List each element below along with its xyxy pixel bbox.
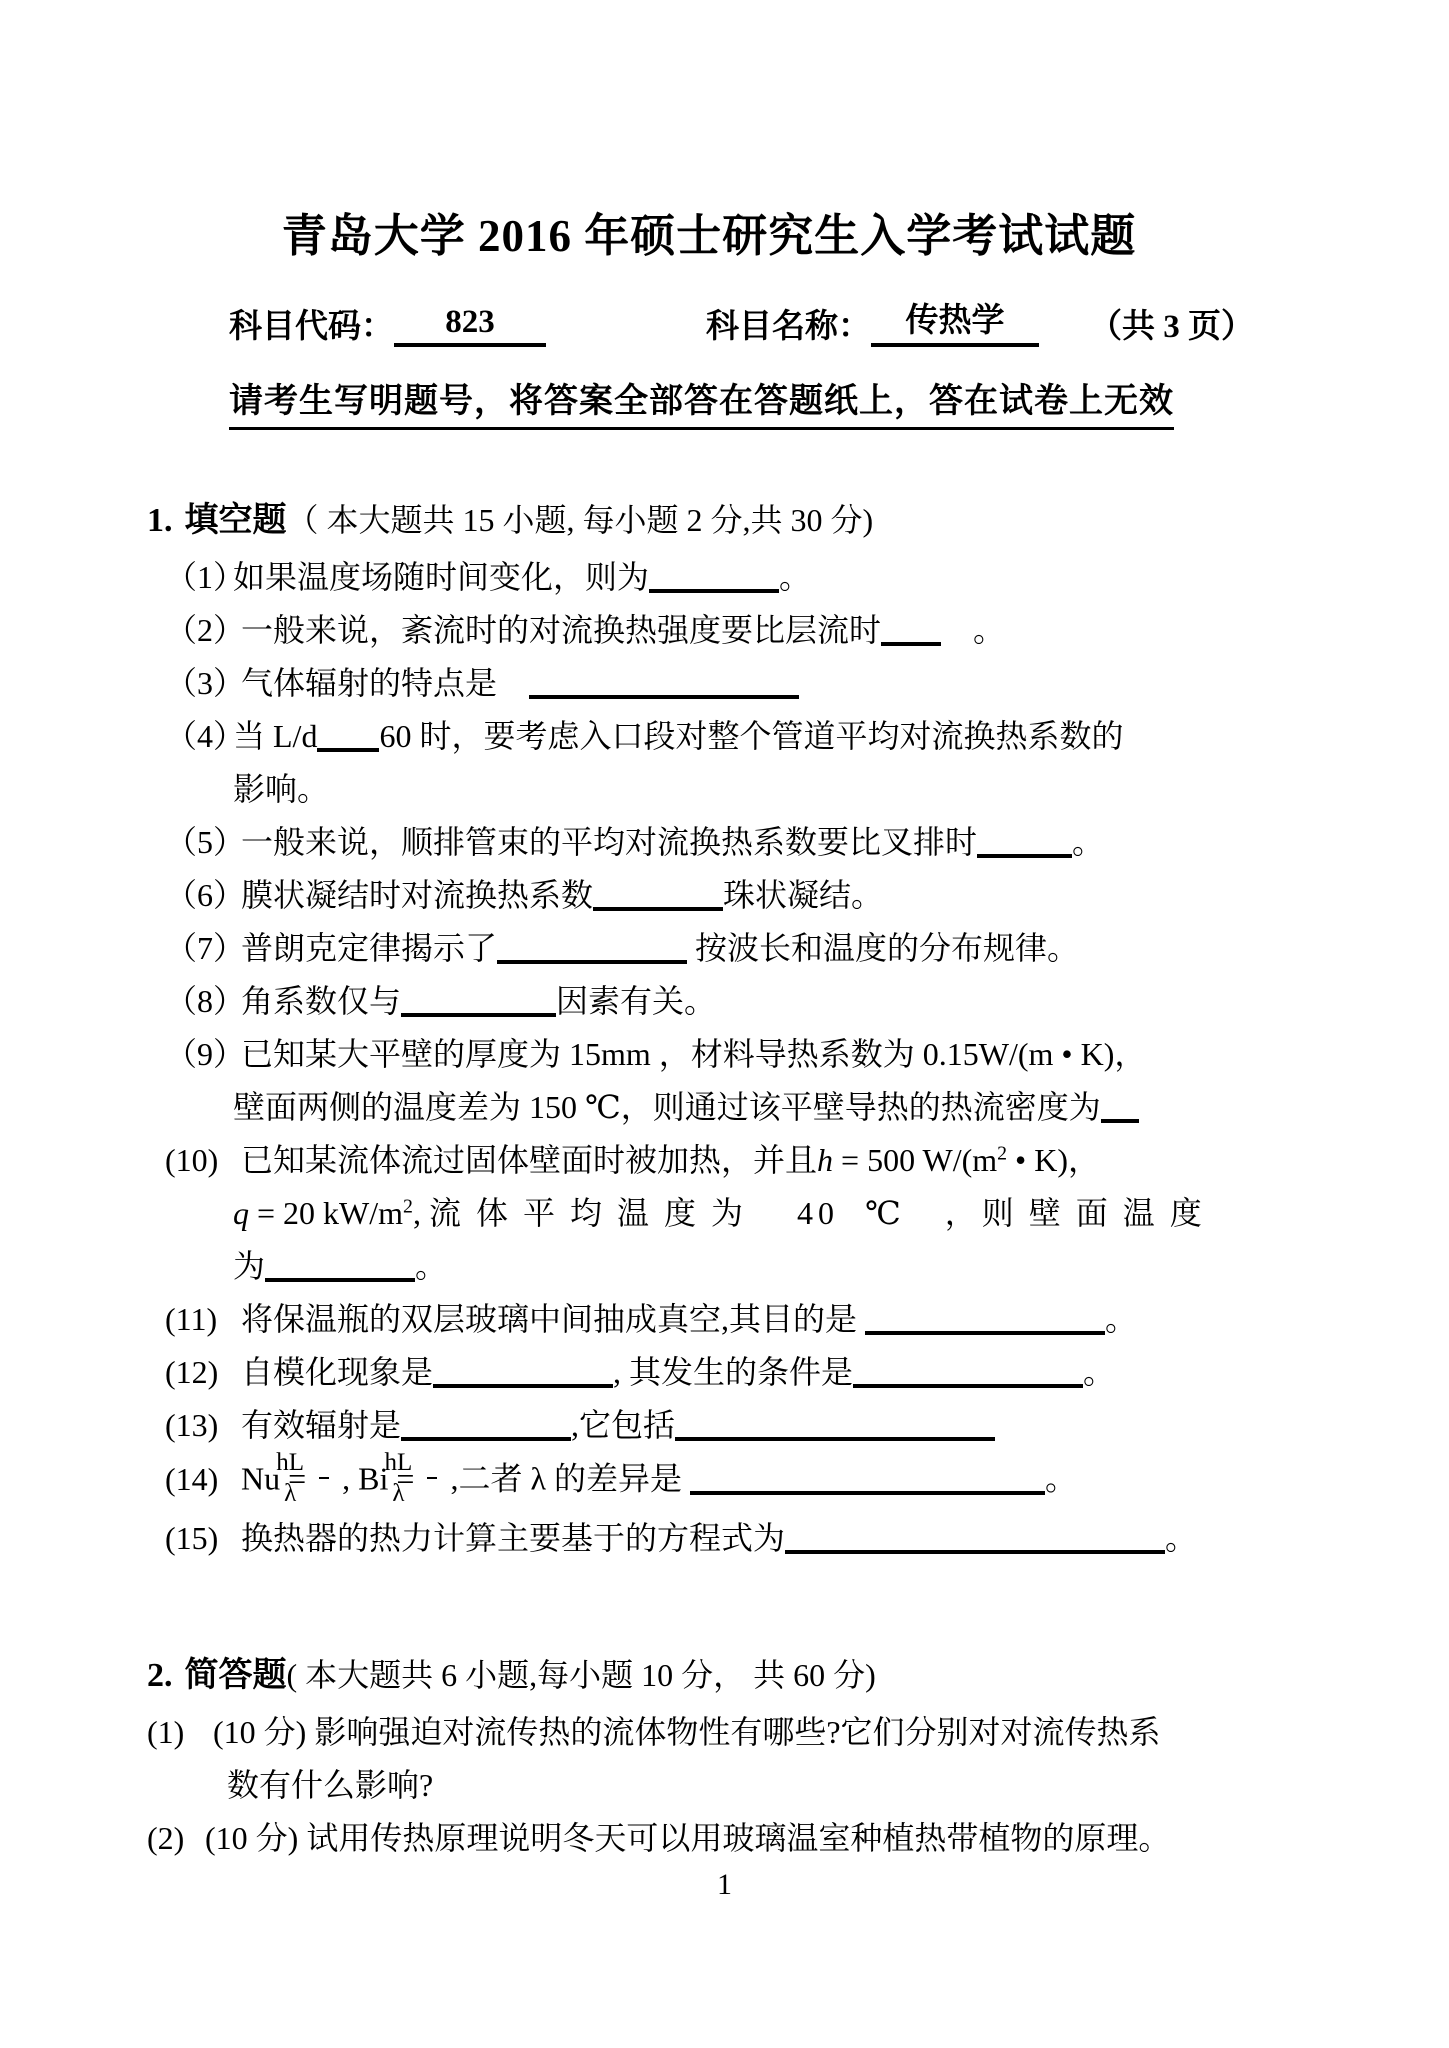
answer-blank [649,563,779,593]
question-item: （1）如果温度场随时间变化，则为。 [165,551,1271,604]
question-number: （2） [165,604,233,657]
answer-blank [675,1411,995,1441]
question-number: （1） [165,551,233,604]
question-number: (14) [165,1453,233,1506]
question-item: （4）当 L/d60 时，要考虑入口段对整个管道平均对流换热系数的影响。 [165,710,1271,816]
answer-blank [317,722,379,752]
page-number: 1 [0,1868,1449,1902]
question-number: (2) [147,1812,205,1865]
section-1-number: 1. [147,502,173,539]
answer-blank [853,1358,1083,1388]
page-content: 青岛大学 2016 年硕士研究生入学考试试题 科目代码： 823 科目名称： 传… [0,0,1449,1865]
section-2-description: ( 本大题共 6 小题,每小题 10 分， 共 60 分) [287,1657,876,1693]
section-short-answer: 2.简答题( 本大题共 6 小题,每小题 10 分， 共 60 分) (1) (… [147,1647,1271,1865]
question-number: （6） [165,869,233,922]
question-number: （4） [165,710,233,763]
question-number: （8） [165,975,233,1028]
notice-row: 请考生写明题号，将答案全部答在答题纸上，答在试卷上无效 [147,373,1271,430]
question-item: (15) 换热器的热力计算主要基于的方程式为。 [165,1512,1271,1565]
section-2-heading: 2.简答题( 本大题共 6 小题,每小题 10 分， 共 60 分) [147,1647,1271,1696]
exam-paper-page: 青岛大学 2016 年硕士研究生入学考试试题 科目代码： 823 科目名称： 传… [0,0,1449,2048]
question-item: （2） 一般来说，紊流时的对流换热强度要比层流时 。 [165,604,1271,657]
question-number: （3） [165,657,233,710]
section-fill-in-blanks: 1.填空题（ 本大题共 15 小题, 每小题 2 分,共 30 分) （1）如果… [147,492,1271,1565]
total-pages-note: （共 3 页） [1089,300,1254,347]
question-item: （7） 普朗克定律揭示了 按波长和温度的分布规律。 [165,922,1271,975]
question-item: （5） 一般来说，顺排管束的平均对流换热系数要比叉排时。 [165,816,1271,869]
section-2-number: 2. [147,1657,173,1694]
question-item: (11) 将保温瓶的双层玻璃中间抽成真空,其目的是 。 [165,1293,1271,1346]
question-number: (12) [165,1346,233,1399]
answer-blank [265,1252,415,1282]
question-item: (10) 已知某流体流过固体壁面时被加热，并且h = 500 W/(m2 • K… [165,1134,1271,1293]
answer-blank [865,1305,1105,1335]
question-number: (13) [165,1399,233,1452]
exam-notice: 请考生写明题号，将答案全部答在答题纸上，答在试卷上无效 [229,373,1174,430]
answer-blank [401,987,556,1017]
question-item: （8） 角系数仅与因素有关。 [165,975,1271,1028]
answer-blank [977,828,1072,858]
section-1-question-list: （1）如果温度场随时间变化，则为。（2） 一般来说，紊流时的对流换热强度要比层流… [165,551,1271,1565]
section-1-title: 填空题 [185,502,287,539]
subject-name-value: 传热学 [871,294,1039,347]
page-title: 青岛大学 2016 年硕士研究生入学考试试题 [147,208,1271,264]
question-number: （5） [165,816,233,869]
question-item: (12) 自模化现象是, 其发生的条件是。 [165,1346,1271,1399]
subject-name-label: 科目名称： [706,300,871,347]
question-number: (10) [165,1134,233,1187]
subject-code-value: 823 [394,304,546,347]
question-number: （9） [165,1028,233,1081]
question-number: (11) [165,1293,233,1346]
answer-blank [593,881,723,911]
question-item: (2)(10 分) 试用传热原理说明冬天可以用玻璃温室种植热带植物的原理。 [147,1812,1271,1865]
question-item: （9） 已知某大平壁的厚度为 15mm ，材料导热系数为 0.15W/(m • … [165,1028,1271,1134]
section-1-description: （ 本大题共 15 小题, 每小题 2 分,共 30 分) [287,502,874,538]
answer-blank [1101,1093,1139,1123]
question-number: (1) [147,1706,205,1759]
question-number: （7） [165,922,233,975]
fraction: hLλ [319,1448,329,1508]
answer-blank [785,1524,1165,1554]
answer-blank [433,1358,613,1388]
question-item: （3） 气体辐射的特点是 [165,657,1271,710]
subject-meta-row: 科目代码： 823 科目名称： 传热学 （共 3 页） [147,294,1271,347]
answer-blank [529,669,799,699]
answer-blank [401,1411,571,1441]
answer-blank [881,616,941,646]
question-item: (13) 有效辐射是,它包括 [165,1399,1271,1452]
fraction: hLλ [427,1448,437,1508]
section-2-title: 简答题 [185,1657,287,1694]
section-2-question-list: (1) (10 分) 影响强迫对流传热的流体物性有哪些?它们分别对对流传热系数有… [147,1706,1271,1865]
question-item: (14) Nu = hLλ , Bi = hLλ ,二者 λ 的差异是 。 [165,1452,1271,1512]
answer-blank [497,934,687,964]
question-item: （6） 膜状凝结时对流换热系数珠状凝结。 [165,869,1271,922]
answer-blank [690,1465,1045,1495]
section-1-heading: 1.填空题（ 本大题共 15 小题, 每小题 2 分,共 30 分) [147,492,1271,541]
question-number: (15) [165,1512,233,1565]
question-item: (1) (10 分) 影响强迫对流传热的流体物性有哪些?它们分别对对流传热系数有… [147,1706,1271,1812]
subject-code-label: 科目代码： [229,300,394,347]
